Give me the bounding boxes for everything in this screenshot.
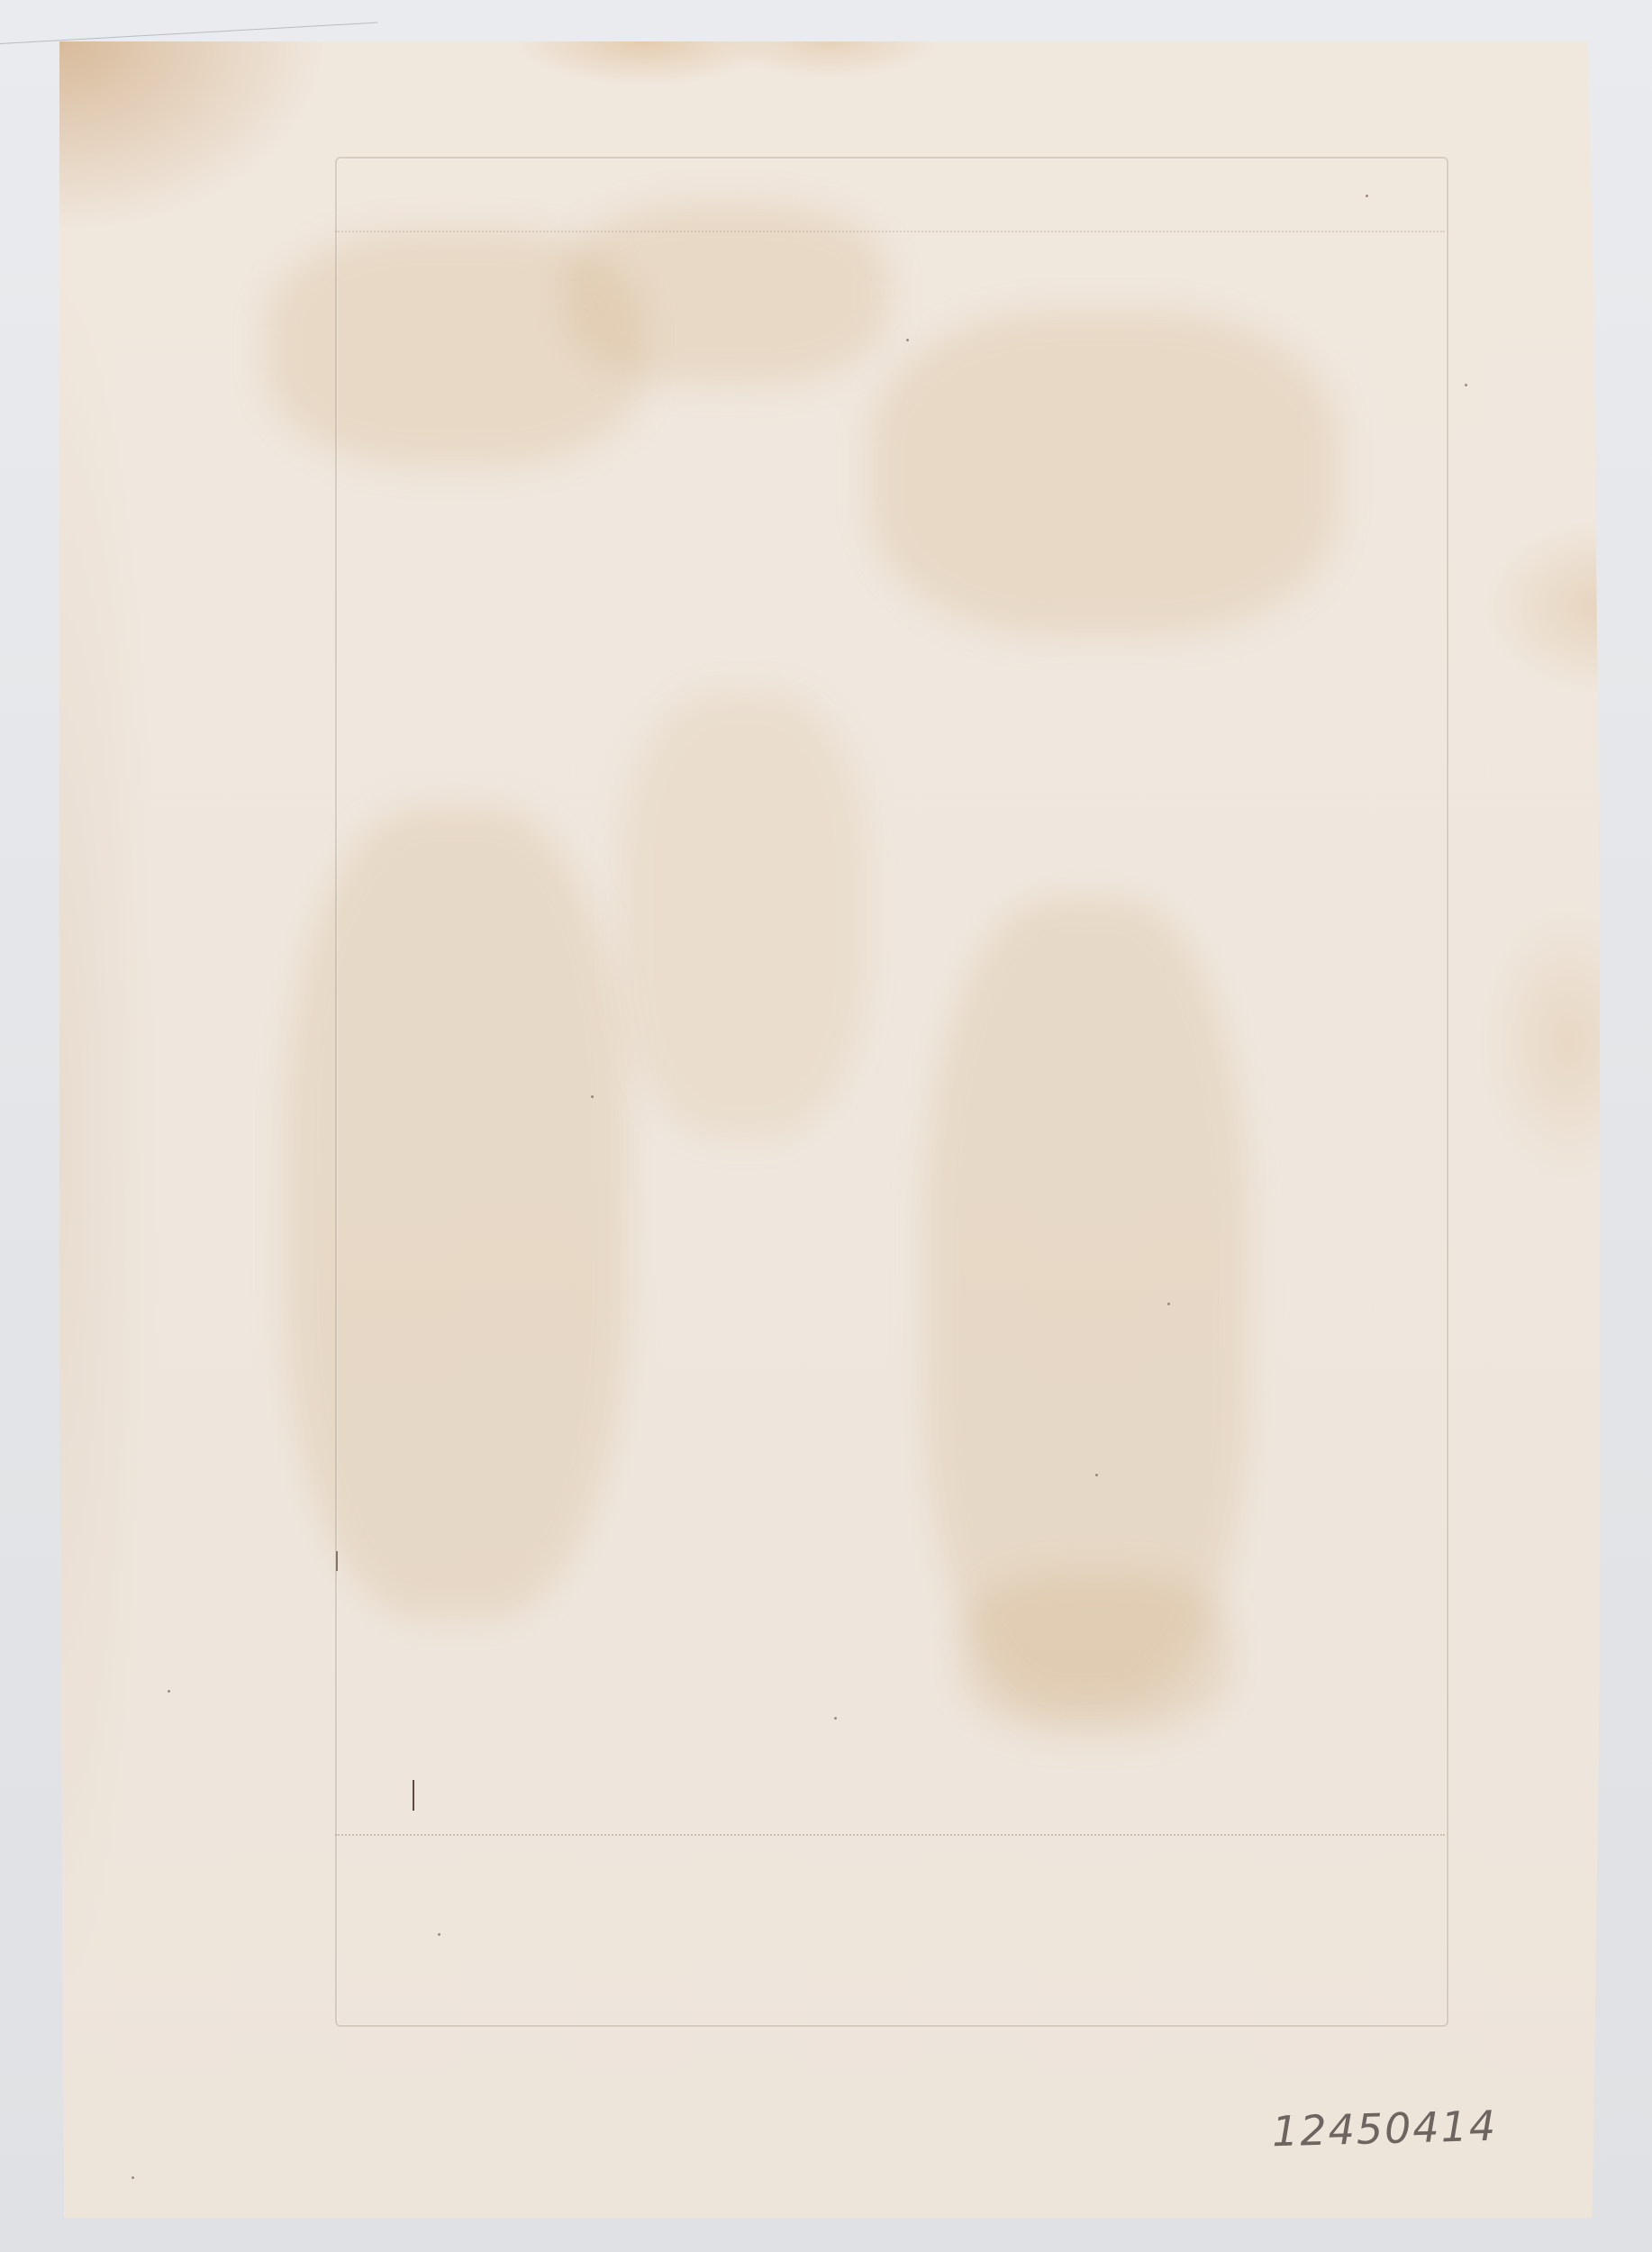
foxing-spot [1366, 195, 1368, 197]
plate-border-line-top [335, 231, 1445, 232]
foxing-spot [168, 1690, 170, 1693]
foxing-spot [1167, 1303, 1170, 1305]
foxing-spot [834, 1717, 837, 1720]
pencil-mark [336, 1551, 338, 1571]
plate-mark [335, 157, 1448, 2027]
foxing-spot [1465, 384, 1467, 386]
foxing-spot [132, 2176, 134, 2179]
foxing-spot [906, 339, 909, 341]
handwritten-inventory-number: 12450414 [1271, 2102, 1497, 2157]
paper-sheet [59, 41, 1600, 2218]
foxing-spot [1095, 1474, 1098, 1476]
foxing-spot [591, 1095, 594, 1098]
pencil-mark [413, 1780, 414, 1811]
plate-border-line-bottom [335, 1834, 1445, 1836]
foxing-spot [438, 1933, 440, 1936]
